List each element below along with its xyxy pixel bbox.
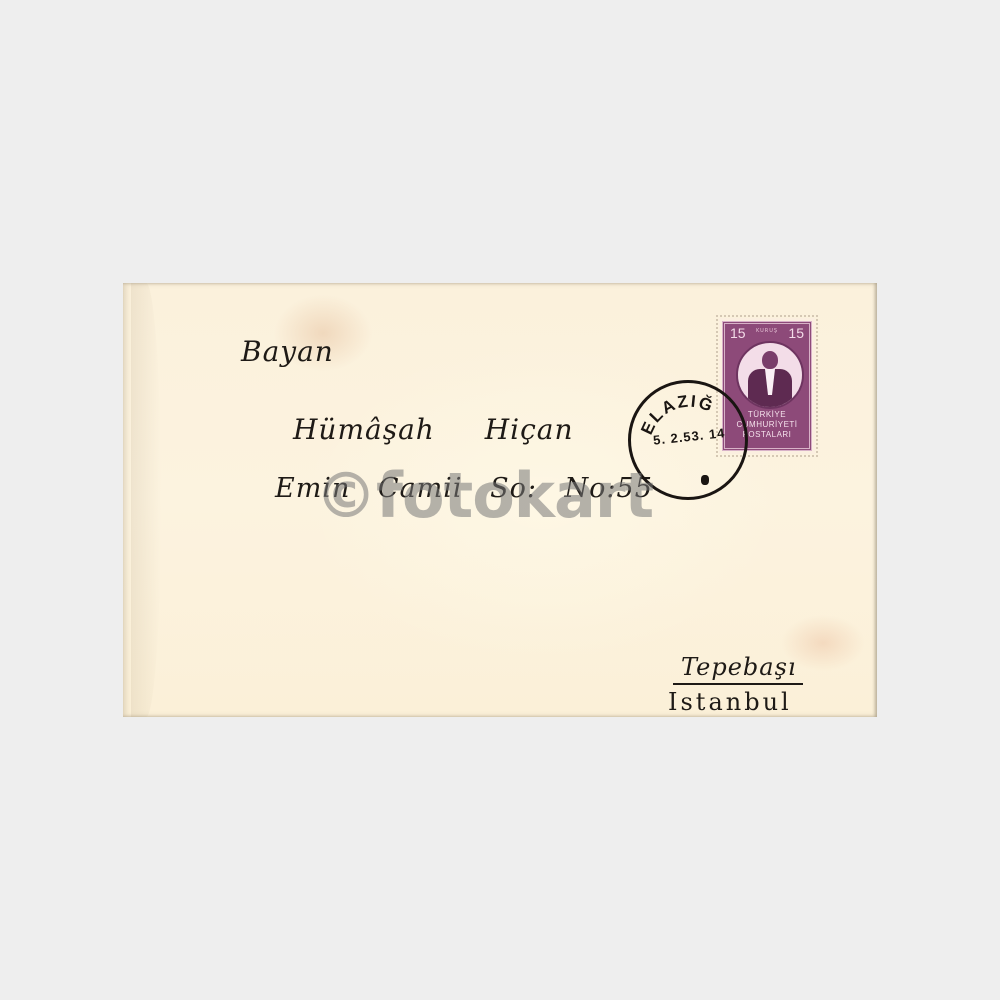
stamp-value-right: 15 <box>788 325 804 341</box>
postmark: ELAZIĞ 5. 2.53. 14 <box>628 380 748 500</box>
address-district: Tepebaşı <box>673 653 803 685</box>
envelope: Bayan Hümâşah Hiçan Emin Camii So: No:55… <box>123 283 877 717</box>
address-street: Emin Camii So: No:55 <box>275 473 653 504</box>
postmark-star-icon <box>701 475 709 485</box>
envelope-crease <box>131 283 161 717</box>
address-recipient-name: Hümâşah Hiçan <box>293 413 573 446</box>
portrait-head <box>762 351 778 369</box>
address-salutation: Bayan <box>241 335 334 368</box>
address-city: Istanbul <box>668 688 792 716</box>
